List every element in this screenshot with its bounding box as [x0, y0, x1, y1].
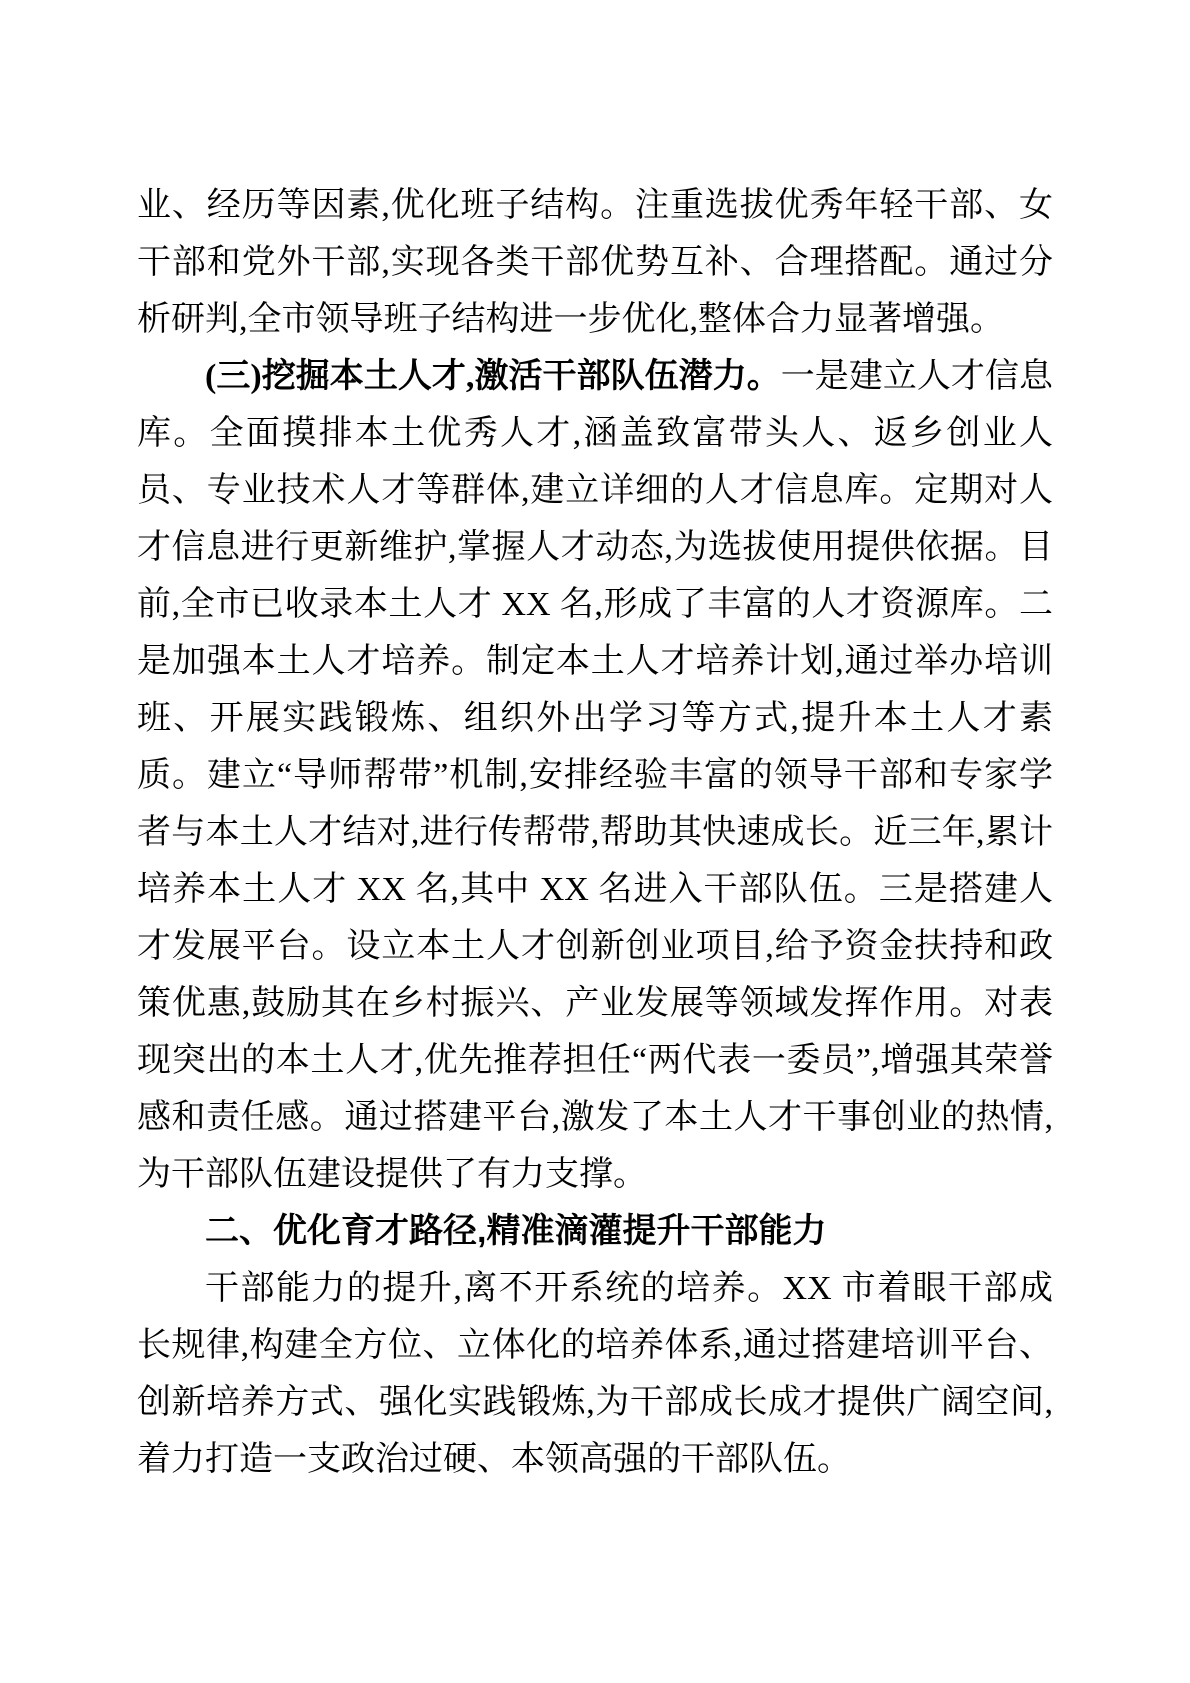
paragraph-overflow-continuation: 业、经历等因素,优化班子结构。注重选拔优秀年轻干部、女干部和党外干部,实现各类干…	[137, 177, 1053, 348]
paragraph-local-talent: (三)挖掘本土人才,激活干部队伍潜力。一是建立人才信息库。全面摸排本土优秀人才,…	[137, 348, 1053, 1203]
subsection-heading-lead: (三)挖掘本土人才,激活干部队伍潜力。	[205, 358, 781, 395]
section-heading-part-two: 二、优化育才路径,精准滴灌提升干部能力	[137, 1203, 1053, 1260]
paragraph-local-talent-body: 一是建立人才信息库。全面摸排本土优秀人才,涵盖致富带头人、返乡创业人员、专业技术…	[137, 358, 1053, 1193]
paragraph-cadre-cultivation: 干部能力的提升,离不开系统的培养。XX 市着眼干部成长规律,构建全方位、立体化的…	[137, 1260, 1053, 1488]
document-page: 业、经历等因素,优化班子结构。注重选拔优秀年轻干部、女干部和党外干部,实现各类干…	[0, 0, 1190, 1683]
